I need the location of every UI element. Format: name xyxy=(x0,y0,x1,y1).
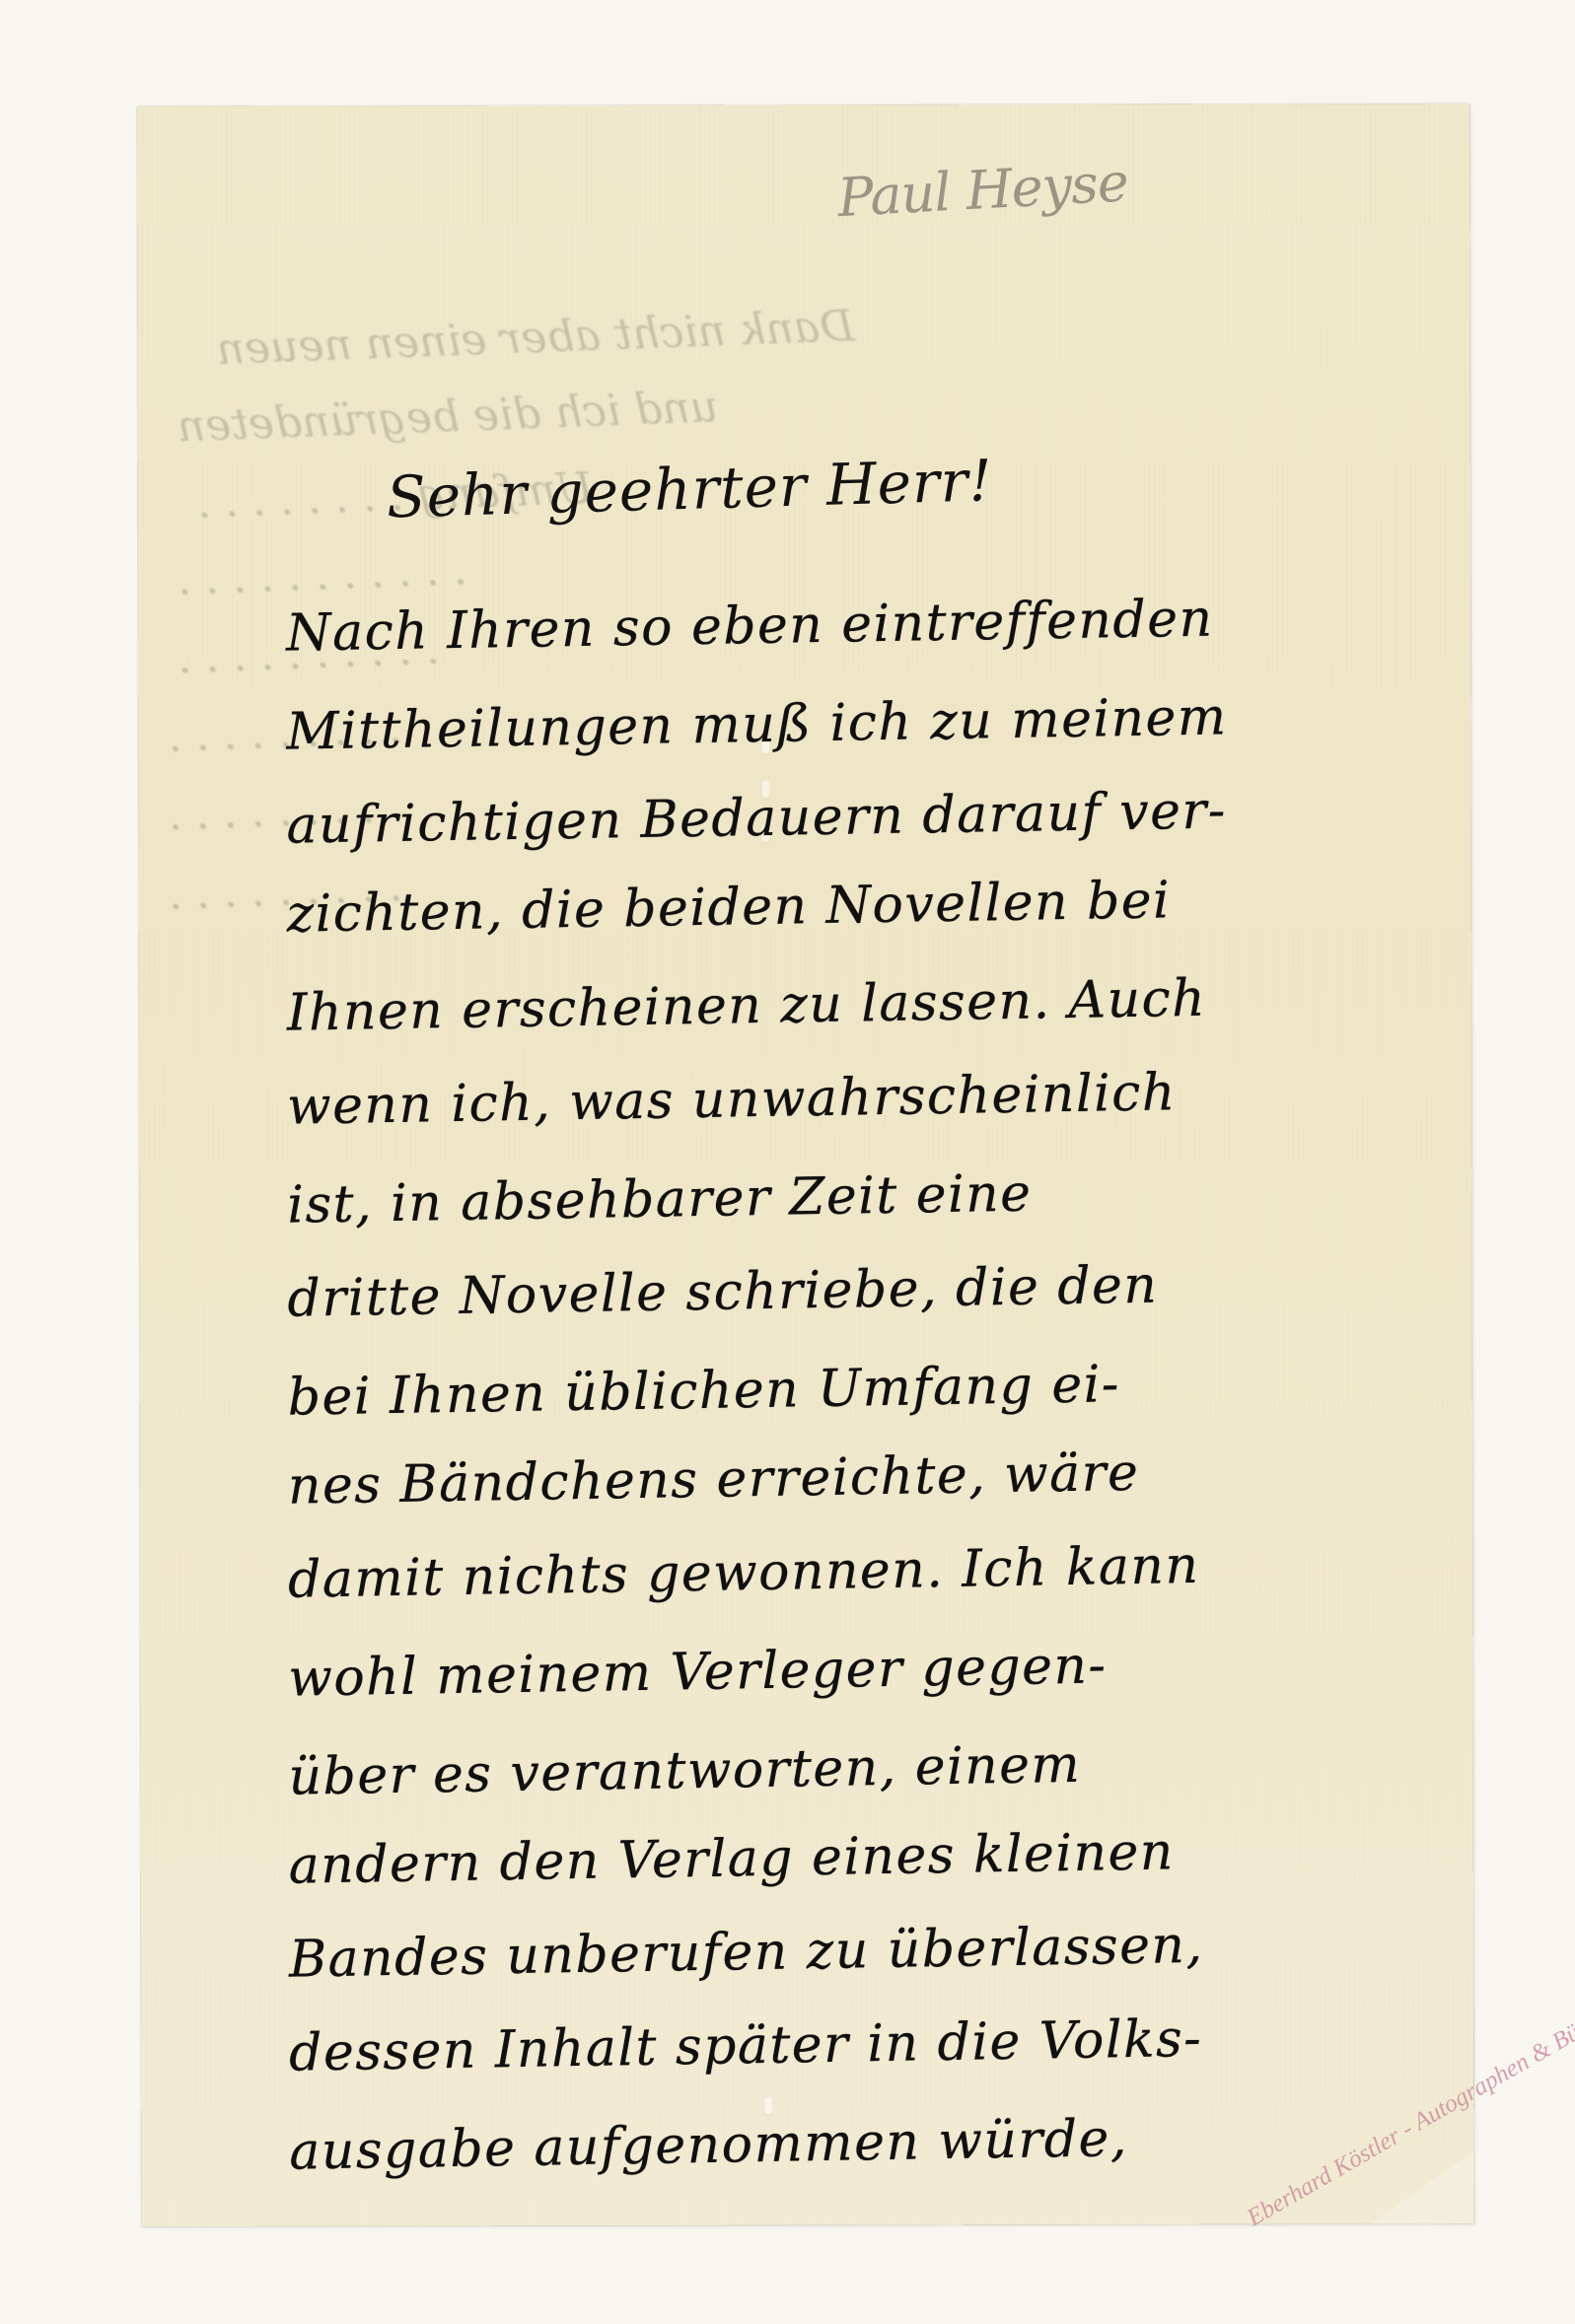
fold-hole xyxy=(764,2097,772,2115)
letter-line: zichten, die beiden Novellen bei xyxy=(286,867,1411,944)
letter-line: aufrichtigen Bedauern darauf ver- xyxy=(286,778,1411,855)
letter-line: Nach Ihren so eben eintreffenden xyxy=(286,586,1411,663)
letter-line: bei Ihnen üblichen Umfang ei- xyxy=(287,1350,1412,1427)
letter-line: ausgabe aufgenommen würde, xyxy=(289,2104,1414,2181)
letter-line: Ihnen erscheinen zu lassen. Auch xyxy=(286,965,1411,1042)
letter-line: über es verantworten, einem xyxy=(288,1729,1413,1806)
letter-line: nes Bändchens erreichte, wäre xyxy=(287,1439,1412,1515)
folded-corner xyxy=(1365,2154,1473,2223)
bleed-line: und ich die begründeten xyxy=(177,382,719,452)
letter-line: ist, in absehbarer Zeit eine xyxy=(287,1158,1412,1234)
letter-line: dessen Inhalt später in die Volks- xyxy=(289,2006,1414,2082)
letter-line: andern den Verlag eines kleinen xyxy=(288,1818,1413,1895)
letter-line: wenn ich, was unwahrscheinlich xyxy=(287,1059,1412,1136)
letter-line: damit nichts gewonnen. Ich kann xyxy=(288,1532,1413,1609)
bleed-line: . . . . . . . . . . . xyxy=(177,544,467,605)
letter-body: Sehr geehrter Herr! Nach Ihren so eben e… xyxy=(286,454,1400,456)
letter-line: Bandes unberufen zu überlassen, xyxy=(288,1912,1413,1989)
letter-line: Mittheilungen muß ich zu meinem xyxy=(286,684,1411,761)
letter-sheet: Dank nicht aber einen neuen und ich die … xyxy=(137,104,1474,2226)
pencil-annotation: Paul Heyse xyxy=(836,151,1130,229)
letter-line: dritte Novelle schriebe, die den xyxy=(287,1251,1412,1328)
bleed-line: Dank nicht aber einen neuen xyxy=(216,301,855,375)
salutation: Sehr geehrter Herr! xyxy=(386,447,994,530)
letter-line: wohl meinem Verleger gegen- xyxy=(288,1631,1413,1708)
